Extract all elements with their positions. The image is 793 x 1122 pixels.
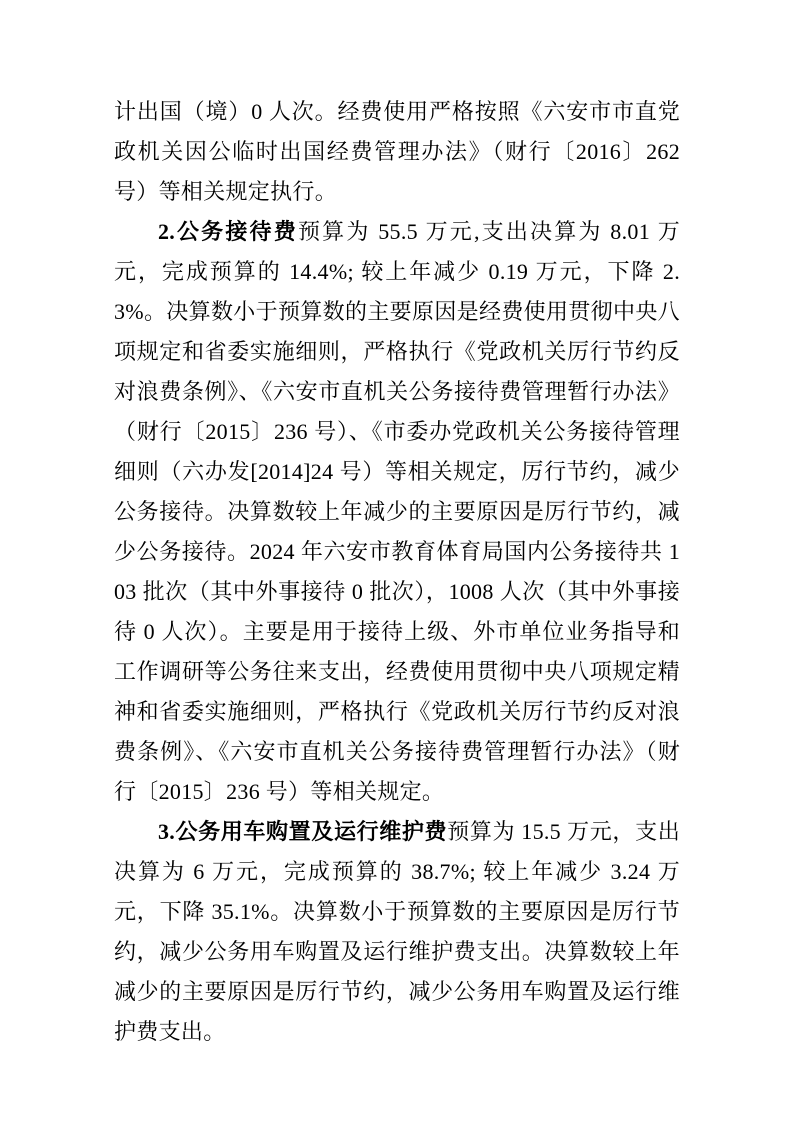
paragraph-body-text: 预算为 15.5 万元，支出决算为 6 万元，完成预算的 38.7%; 较上年减… <box>114 819 680 1044</box>
paragraph-body-text: 预算为 55.5 万元,支出决算为 8.01 万元，完成预算的 14.4%; 较… <box>114 219 680 804</box>
document-page: 计出国（境）0 人次。经费使用严格按照《六安市市直党政机关因公临时出国经费管理办… <box>0 0 793 1122</box>
paragraph-body-text: 计出国（境）0 人次。经费使用严格按照《六安市市直党政机关因公临时出国经费管理办… <box>114 99 680 204</box>
paragraph-official-reception-fee: 2.公务接待费预算为 55.5 万元,支出决算为 8.01 万元，完成预算的 1… <box>114 212 680 812</box>
paragraph-lead-reception-fee: 2.公务接待费 <box>158 219 298 244</box>
paragraph-official-vehicle-fee: 3.公务用车购置及运行维护费预算为 15.5 万元，支出决算为 6 万元，完成预… <box>114 812 680 1052</box>
paragraph-travel-funds-continuation: 计出国（境）0 人次。经费使用严格按照《六安市市直党政机关因公临时出国经费管理办… <box>114 92 680 212</box>
document-text-block: 计出国（境）0 人次。经费使用严格按照《六安市市直党政机关因公临时出国经费管理办… <box>114 92 680 1052</box>
paragraph-lead-vehicle-fee: 3.公务用车购置及运行维护费 <box>158 819 447 844</box>
